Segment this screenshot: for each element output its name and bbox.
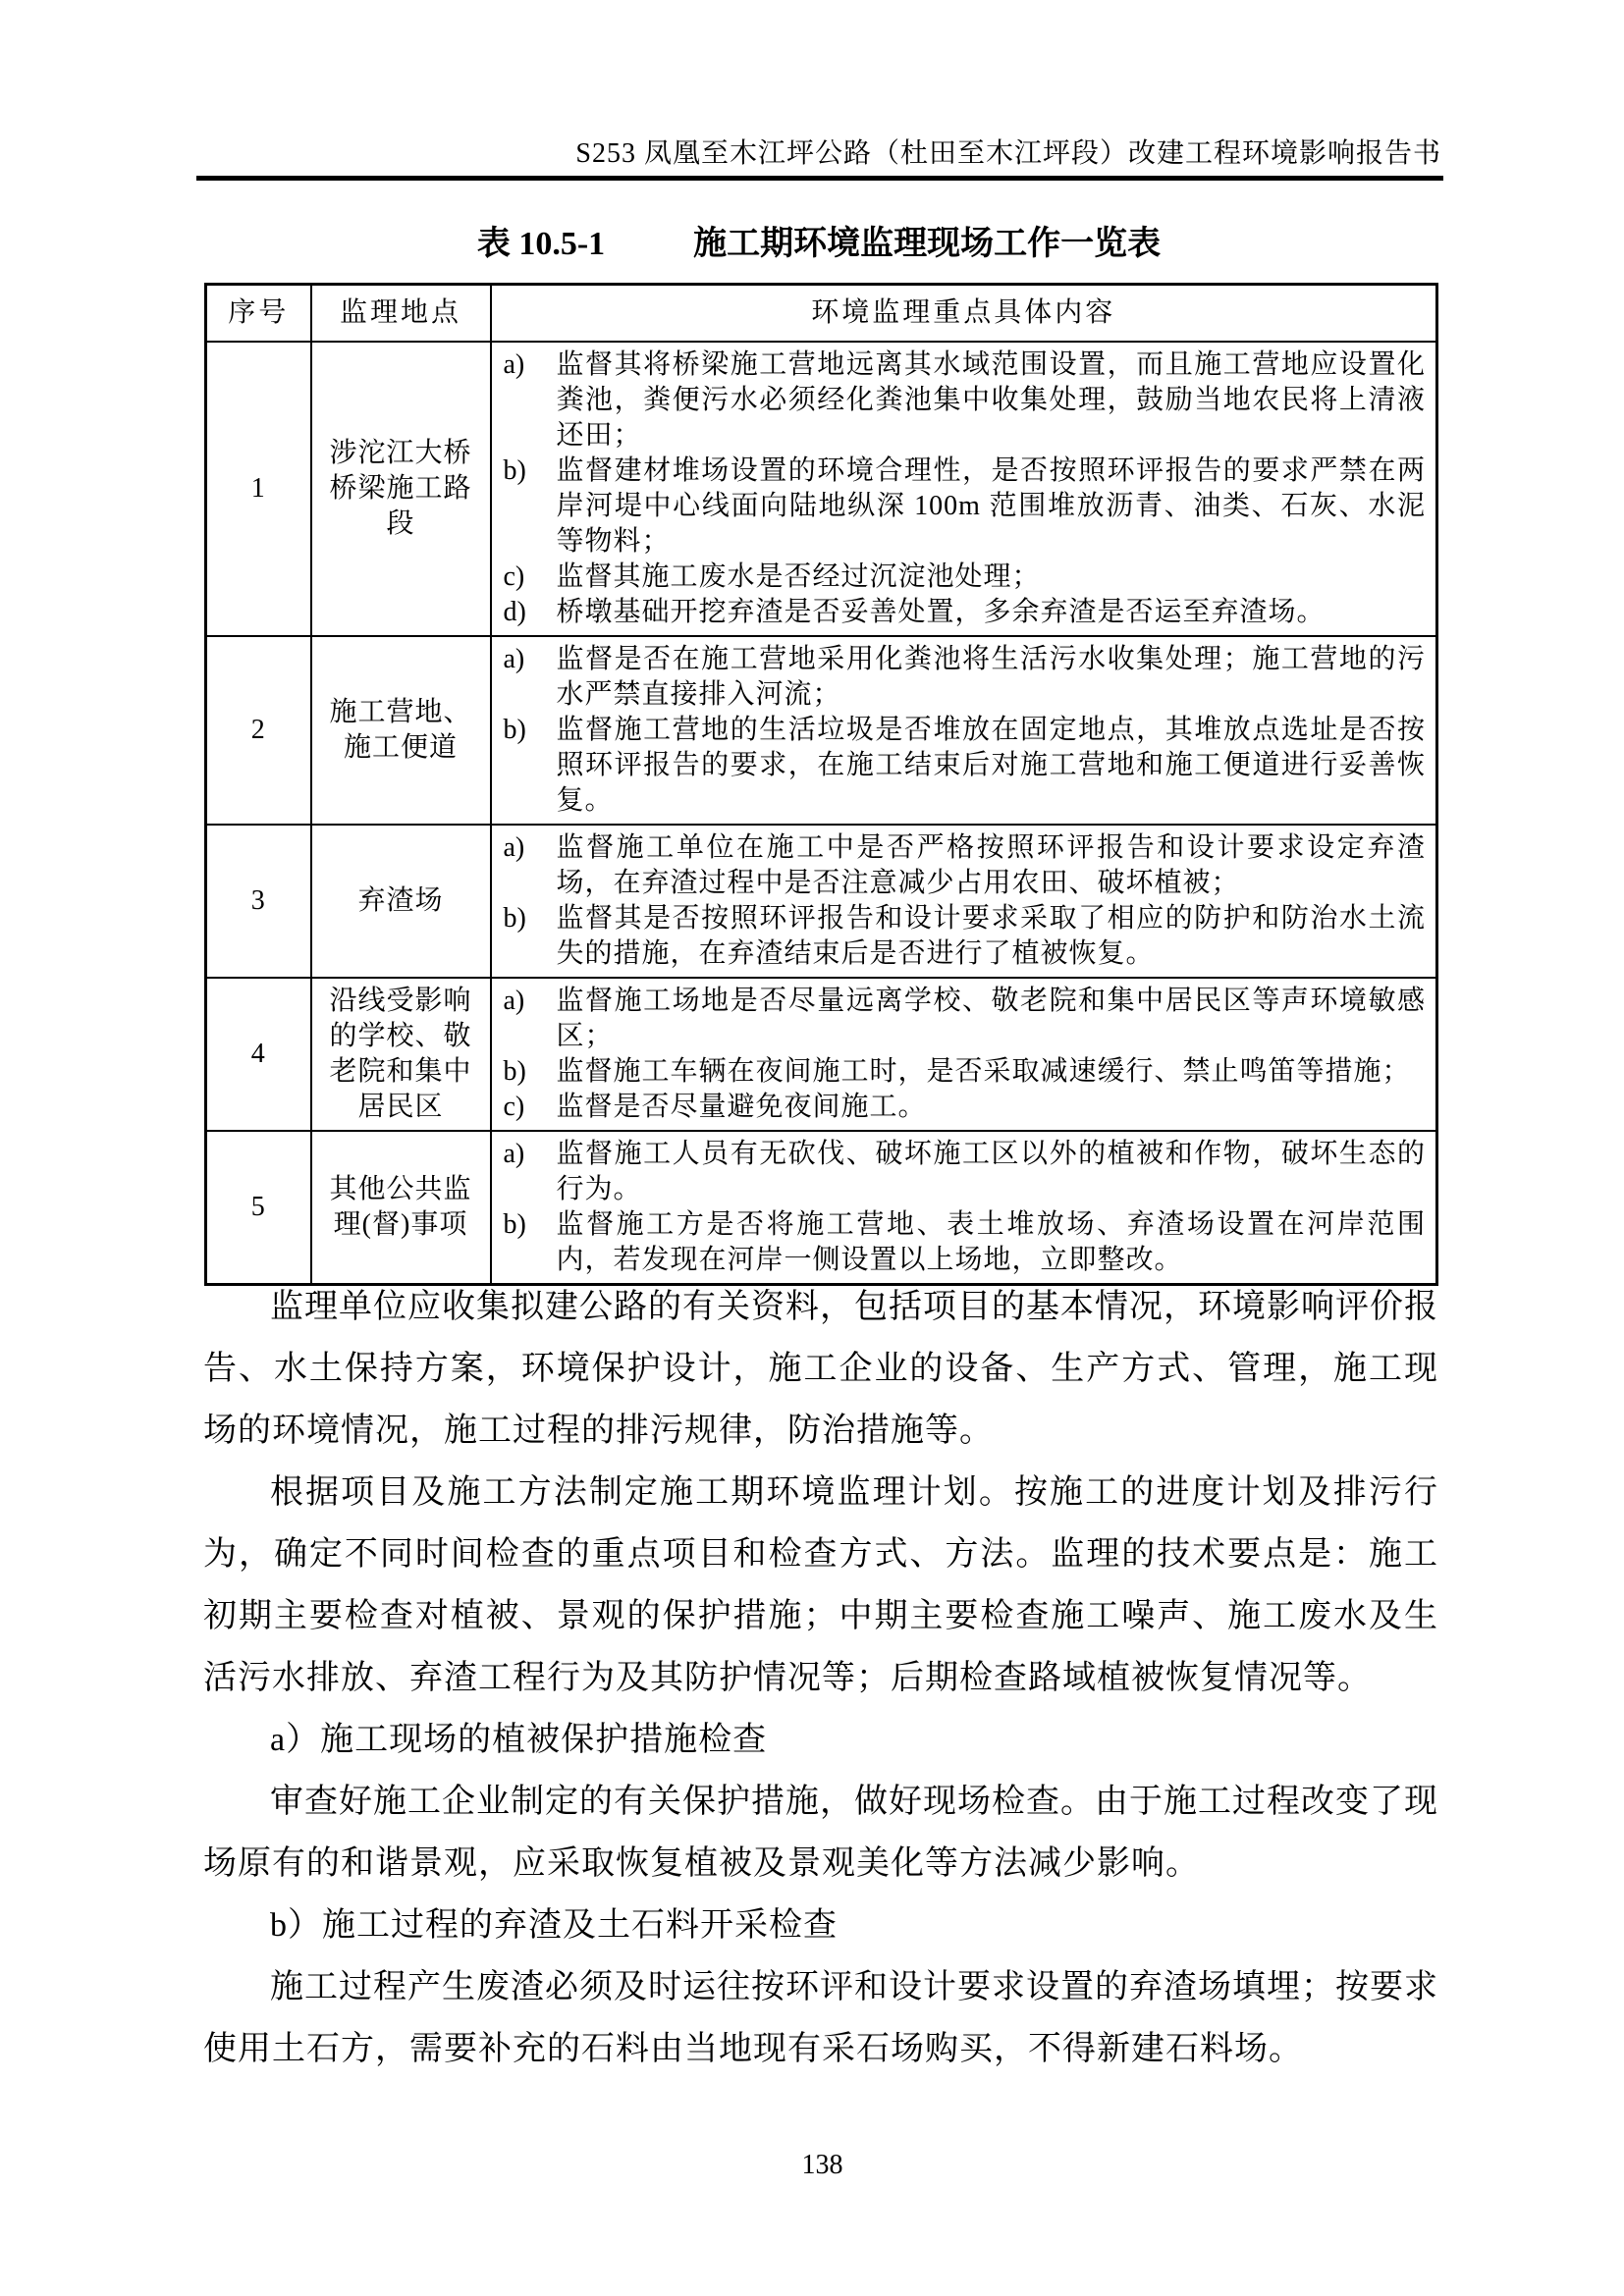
content-item: a)监督是否在施工营地采用化粪池将生活污水收集处理；施工营地的污水严禁直接排入河… [496, 642, 1427, 713]
content-item: a)监督施工人员有无砍伐、破坏施工区以外的植被和作物，破坏生态的行为。 [496, 1137, 1427, 1207]
body-text: 监理单位应收集拟建公路的有关资料，包括项目的基本情况，环境影响评价报告、水土保持… [203, 1276, 1438, 2080]
content-item: b)监督施工营地的生活垃圾是否堆放在固定地点，其堆放点选址是否按照环评报告的要求… [496, 713, 1427, 819]
item-text: 监督施工营地的生活垃圾是否堆放在固定地点，其堆放点选址是否按照环评报告的要求，在… [557, 713, 1427, 819]
item-marker: b) [496, 1207, 557, 1278]
table-row: 3 弃渣场 a)监督施工单位在施工中是否严格按照环评报告和设计要求设定弃渣场，在… [206, 825, 1437, 978]
content-item: b)监督建材堆场设置的环境合理性，是否按照环评报告的要求严禁在两岸河堤中心线面向… [496, 454, 1427, 560]
content-item: c)监督是否尽量避免夜间施工。 [496, 1090, 1427, 1125]
table-body: 1 涉沱江大桥桥梁施工路段 a)监督其将桥梁施工营地远离其水域范围设置，而且施工… [206, 342, 1437, 1285]
row-number-cell: 1 [206, 342, 311, 636]
table-row: 5 其他公共监理(督)事项 a)监督施工人员有无砍伐、破坏施工区以外的植被和作物… [206, 1131, 1437, 1285]
item-text: 监督是否在施工营地采用化粪池将生活污水收集处理；施工营地的污水严禁直接排入河流； [557, 642, 1427, 713]
table-row: 1 涉沱江大桥桥梁施工路段 a)监督其将桥梁施工营地远离其水域范围设置，而且施工… [206, 342, 1437, 636]
table-row: 2 施工营地、施工便道 a)监督是否在施工营地采用化粪池将生活污水收集处理；施工… [206, 636, 1437, 825]
item-marker: b) [496, 713, 557, 819]
paragraph: b）施工过程的弃渣及土石料开采检查 [203, 1895, 1438, 1956]
paragraph: a）施工现场的植被保护措施检查 [203, 1709, 1438, 1771]
paragraph: 根据项目及施工方法制定施工期环境监理计划。按施工的进度计划及排污行为，确定不同时… [203, 1462, 1438, 1709]
item-marker: d) [496, 595, 557, 630]
row-number-cell: 4 [206, 978, 311, 1131]
item-text: 监督施工人员有无砍伐、破坏施工区以外的植被和作物，破坏生态的行为。 [557, 1137, 1427, 1207]
content-item: a)监督施工场地是否尽量远离学校、敬老院和集中居民区等声环境敏感区； [496, 984, 1427, 1054]
column-header-location: 监理地点 [311, 285, 491, 343]
item-text: 监督施工单位在施工中是否严格按照环评报告和设计要求设定弃渣场，在弃渣过程中是否注… [557, 830, 1427, 901]
content-item: b)监督施工方是否将施工营地、表土堆放场、弃渣场设置在河岸范围内，若发现在河岸一… [496, 1207, 1427, 1278]
table-caption: 表 10.5-1施工期环境监理现场工作一览表 [201, 216, 1436, 264]
row-number-cell: 2 [206, 636, 311, 825]
monitoring-table: 序号 监理地点 环境监理重点具体内容 1 涉沱江大桥桥梁施工路段 a)监督其将桥… [204, 283, 1438, 1286]
row-number-cell: 3 [206, 825, 311, 978]
content-cell: a)监督其将桥梁施工营地远离其水域范围设置，而且施工营地应设置化粪池，粪便污水必… [491, 342, 1437, 636]
content-cell: a)监督施工人员有无砍伐、破坏施工区以外的植被和作物，破坏生态的行为。b)监督施… [491, 1131, 1437, 1285]
item-text: 监督其施工废水是否经过沉淀池处理； [557, 560, 1427, 595]
content-item: b)监督施工车辆在夜间施工时，是否采取减速缓行、禁止鸣笛等措施； [496, 1054, 1427, 1090]
column-header-content: 环境监理重点具体内容 [491, 285, 1437, 343]
table-row: 4 沿线受影响的学校、敬老院和集中居民区 a)监督施工场地是否尽量远离学校、敬老… [206, 978, 1437, 1131]
item-marker: c) [496, 560, 557, 595]
column-header-no: 序号 [206, 285, 311, 343]
page-number: 138 [201, 2150, 1443, 2181]
table-caption-title: 施工期环境监理现场工作一览表 [693, 226, 1161, 262]
item-text: 监督是否尽量避免夜间施工。 [557, 1090, 1427, 1125]
content-cell: a)监督施工单位在施工中是否严格按照环评报告和设计要求设定弃渣场，在弃渣过程中是… [491, 825, 1437, 978]
content-cell: a)监督是否在施工营地采用化粪池将生活污水收集处理；施工营地的污水严禁直接排入河… [491, 636, 1437, 825]
item-text: 桥墩基础开挖弃渣是否妥善处置，多余弃渣是否运至弃渣场。 [557, 595, 1427, 630]
running-header-text: S253 凤凰至木江坪公路（杜田至木江坪段）改建工程环境影响报告书 [575, 138, 1441, 169]
item-text: 监督施工车辆在夜间施工时，是否采取减速缓行、禁止鸣笛等措施； [557, 1054, 1427, 1090]
item-marker: a) [496, 347, 557, 454]
content-item: b)监督其是否按照环评报告和设计要求采取了相应的防护和防治水土流失的措施，在弃渣… [496, 901, 1427, 972]
paragraph: 监理单位应收集拟建公路的有关资料，包括项目的基本情况，环境影响评价报告、水土保持… [203, 1276, 1438, 1462]
content-item: d)桥墩基础开挖弃渣是否妥善处置，多余弃渣是否运至弃渣场。 [496, 595, 1427, 630]
table-header-row: 序号 监理地点 环境监理重点具体内容 [206, 285, 1437, 343]
item-marker: a) [496, 1137, 557, 1207]
location-cell: 其他公共监理(督)事项 [311, 1131, 491, 1285]
running-header: S253 凤凰至木江坪公路（杜田至木江坪段）改建工程环境影响报告书 [196, 132, 1441, 171]
document-page: S253 凤凰至木江坪公路（杜田至木江坪段）改建工程环境影响报告书 表 10.5… [0, 0, 1624, 2296]
item-text: 监督施工场地是否尽量远离学校、敬老院和集中居民区等声环境敏感区； [557, 984, 1427, 1054]
item-marker: b) [496, 1054, 557, 1090]
content-item: a)监督施工单位在施工中是否严格按照环评报告和设计要求设定弃渣场，在弃渣过程中是… [496, 830, 1427, 901]
item-text: 监督其是否按照环评报告和设计要求采取了相应的防护和防治水土流失的措施，在弃渣结束… [557, 901, 1427, 972]
item-marker: a) [496, 984, 557, 1054]
item-marker: a) [496, 830, 557, 901]
location-cell: 弃渣场 [311, 825, 491, 978]
location-cell: 沿线受影响的学校、敬老院和集中居民区 [311, 978, 491, 1131]
item-text: 监督其将桥梁施工营地远离其水域范围设置，而且施工营地应设置化粪池，粪便污水必须经… [557, 347, 1427, 454]
row-number-cell: 5 [206, 1131, 311, 1285]
item-text: 监督施工方是否将施工营地、表土堆放场、弃渣场设置在河岸范围内，若发现在河岸一侧设… [557, 1207, 1427, 1278]
content-cell: a)监督施工场地是否尽量远离学校、敬老院和集中居民区等声环境敏感区；b)监督施工… [491, 978, 1437, 1131]
header-rule [196, 176, 1443, 181]
item-marker: c) [496, 1090, 557, 1125]
item-marker: b) [496, 901, 557, 972]
paragraph: 施工过程产生废渣必须及时运往按环评和设计要求设置的弃渣场填埋；按要求使用土石方，… [203, 1956, 1438, 2080]
item-text: 监督建材堆场设置的环境合理性，是否按照环评报告的要求严禁在两岸河堤中心线面向陆地… [557, 454, 1427, 560]
table-caption-label: 表 10.5-1 [477, 226, 605, 262]
content-item: a)监督其将桥梁施工营地远离其水域范围设置，而且施工营地应设置化粪池，粪便污水必… [496, 347, 1427, 454]
item-marker: a) [496, 642, 557, 713]
content-item: c)监督其施工废水是否经过沉淀池处理； [496, 560, 1427, 595]
location-cell: 施工营地、施工便道 [311, 636, 491, 825]
location-cell: 涉沱江大桥桥梁施工路段 [311, 342, 491, 636]
paragraph: 审查好施工企业制定的有关保护措施，做好现场检查。由于施工过程改变了现场原有的和谐… [203, 1771, 1438, 1895]
item-marker: b) [496, 454, 557, 560]
